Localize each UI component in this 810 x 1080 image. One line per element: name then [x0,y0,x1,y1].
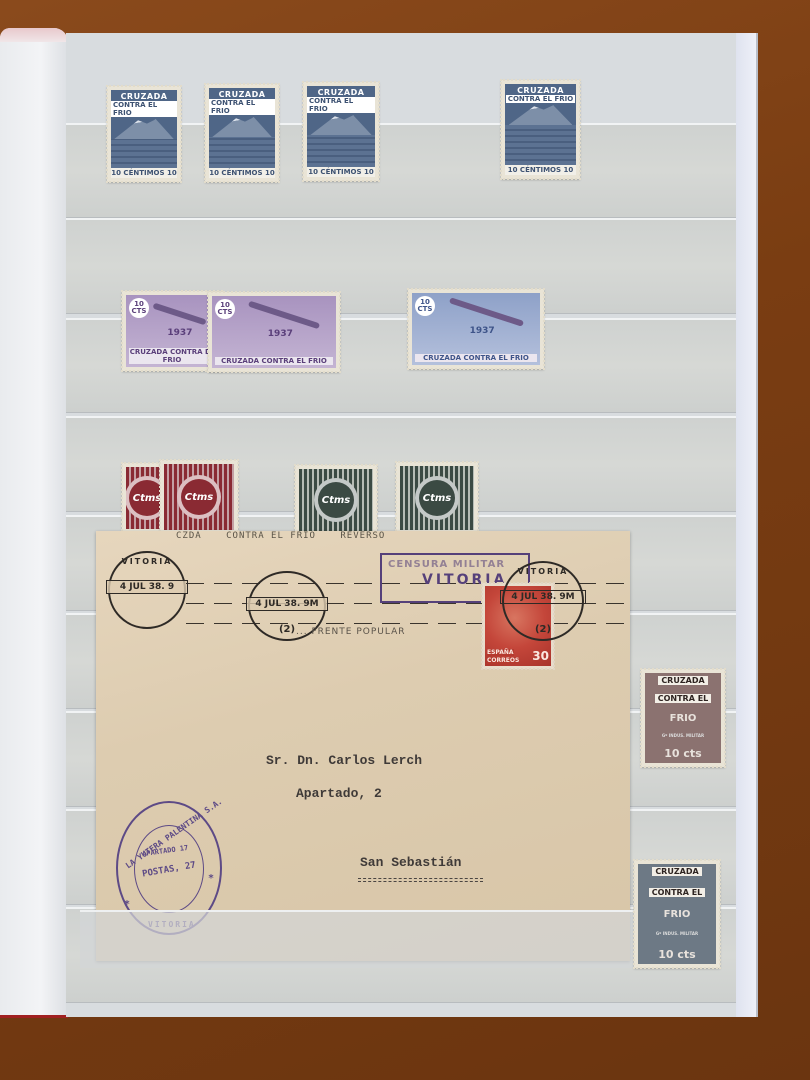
stamp-value: 10 CTS [129,298,149,318]
stamp-value: 10 CÉNTIMOS 10 [505,165,576,175]
stamp-cruzada-frio-grey[interactable]: CRUZADA CONTRA EL FRIO Gº INDUS. MILITAR… [634,860,720,968]
note-text: CONTRA EL FRIO [226,531,316,541]
stamp-text: CRUZADA CONTRA EL FRIO [129,348,215,364]
soldiers-image [209,137,275,168]
stamp-text: CONTRA EL FRIO [111,101,177,117]
stamp-text: CRUZADA CONTRA EL FRIO [415,354,537,362]
pencil-note: CZDA CONTRA EL FRIO REVERSO [176,531,403,541]
censored-cover[interactable]: CZDA CONTRA EL FRIO REVERSO VITORIA 4 JU… [96,531,630,961]
mountain-icon [310,113,371,135]
stamp-text: Gº INDUS. MILITAR [662,733,704,738]
stamp-value: 10 cts [658,948,695,961]
soldiers-image [307,135,375,167]
stamp-text: FRIO [664,909,691,920]
stamp-ctms-green[interactable]: Ctms [295,465,377,535]
stamp-ctms-green[interactable]: Ctms [396,462,478,534]
address-city: San Sebastián [360,855,461,870]
stamp-year: 1937 [470,326,495,336]
stamp-ctms-red[interactable]: Ctms [160,460,238,534]
stamp-text: CORREOS [487,657,519,664]
mountain-icon [212,115,271,137]
soldiers-image [505,125,576,165]
address-box: Apartado, 2 [296,786,382,801]
soldiers-image [111,139,177,168]
stamp-value: 10 CÉNTIMOS 10 [307,167,375,177]
stamp-year: 1937 [167,328,192,338]
stamp-text: CRUZADA CONTRA EL FRIO [215,357,333,365]
slogan-cancel: ... FRENTE POPULAR [296,627,406,637]
stamp-value: 10 CÉNTIMOS 10 [209,168,275,178]
stamp-cruzada-blue[interactable]: CRUZADACONTRA EL FRIO10 CÉNTIMOS 10 [501,80,580,179]
postmark-town: VITORIA [504,567,582,576]
postmark-date: 4 JUL 38. 9M [246,597,328,611]
mountain-icon [114,117,173,139]
strip-overlay [80,910,650,968]
trumpet-icon [152,302,206,325]
stamp-value: 10 CÉNTIMOS 10 [111,168,177,178]
stamp-cruzada-blue[interactable]: CRUZADACONTRA EL FRIO10 CÉNTIMOS 10 [107,86,181,182]
stamp-text: CRUZADA [517,86,564,95]
note-text: REVERSO [340,531,385,541]
stamp-value: 10 CTS [215,299,235,319]
stamp-text: CONTRA EL [649,888,706,897]
stamp-text: CONTRA EL FRIO [209,99,275,115]
star-icon: * [208,873,214,884]
stamp-value: 10 CTS [415,296,435,316]
address-name: Sr. Dn. Carlos Lerch [266,753,422,768]
stamp-text: Gº INDUS. MILITAR [656,931,698,936]
stamp-text: CRUZADA [121,92,168,101]
address-underline [358,878,483,882]
stamp-cruzada-blue[interactable]: CRUZADACONTRA EL FRIO10 CÉNTIMOS 10 [205,84,279,182]
album-page-edge [0,28,68,1018]
stamp-horn-1937-violet[interactable]: 10 CTS1937CRUZADA CONTRA EL FRIO [208,292,340,372]
postmark-date: 4 JUL 38. 9M [500,590,586,604]
postmark-number: (2) [504,624,582,635]
stamp-text: CONTRA EL FRIO [307,97,375,113]
stamp-horn-1937-violet[interactable]: 10 CTS1937CRUZADA CONTRA EL FRIO [122,291,222,371]
postmark-date: 4 JUL 38. 9 [106,580,188,594]
stamp-text: CONTRA EL [655,694,712,703]
stamp-text: ESPAÑA [487,649,514,656]
trumpet-icon [449,297,524,326]
stamp-text: CRUZADA [219,90,266,99]
postmark-town: VITORIA [110,557,184,566]
mountain-icon [509,103,573,125]
stamp-year: 1937 [268,329,293,339]
stamp-text: CRUZADA [318,88,365,97]
stamp-value: 30 [532,649,549,663]
stamp-value: Ctms [415,476,459,520]
postmark-left: VITORIA 4 JUL 38. 9 [108,551,186,629]
stamp-value: Ctms [177,475,221,519]
stamp-cruzada-frio-brown[interactable]: CRUZADA CONTRA EL FRIO Gº INDUS. MILITAR… [641,669,725,767]
stamp-horn-1937-blue[interactable]: 10 CTS1937CRUZADA CONTRA EL FRIO [408,289,544,369]
stamp-text: CRUZADA [652,867,701,876]
trumpet-icon [248,300,321,329]
note-text: CZDA [176,531,202,541]
stamp-text: CONTRA EL FRIO [506,95,575,103]
stamp-value: Ctms [314,478,358,522]
star-icon: * [124,899,130,910]
page-frame [736,33,758,1017]
stamp-value: 10 cts [664,747,701,760]
stamp-cruzada-blue[interactable]: CRUZADACONTRA EL FRIO10 CÉNTIMOS 10 [303,82,379,181]
postmark-right: VITORIA 4 JUL 38. 9M (2) [502,561,584,641]
stamp-text: FRIO [670,713,697,724]
stamp-text: CRUZADA [658,676,707,685]
